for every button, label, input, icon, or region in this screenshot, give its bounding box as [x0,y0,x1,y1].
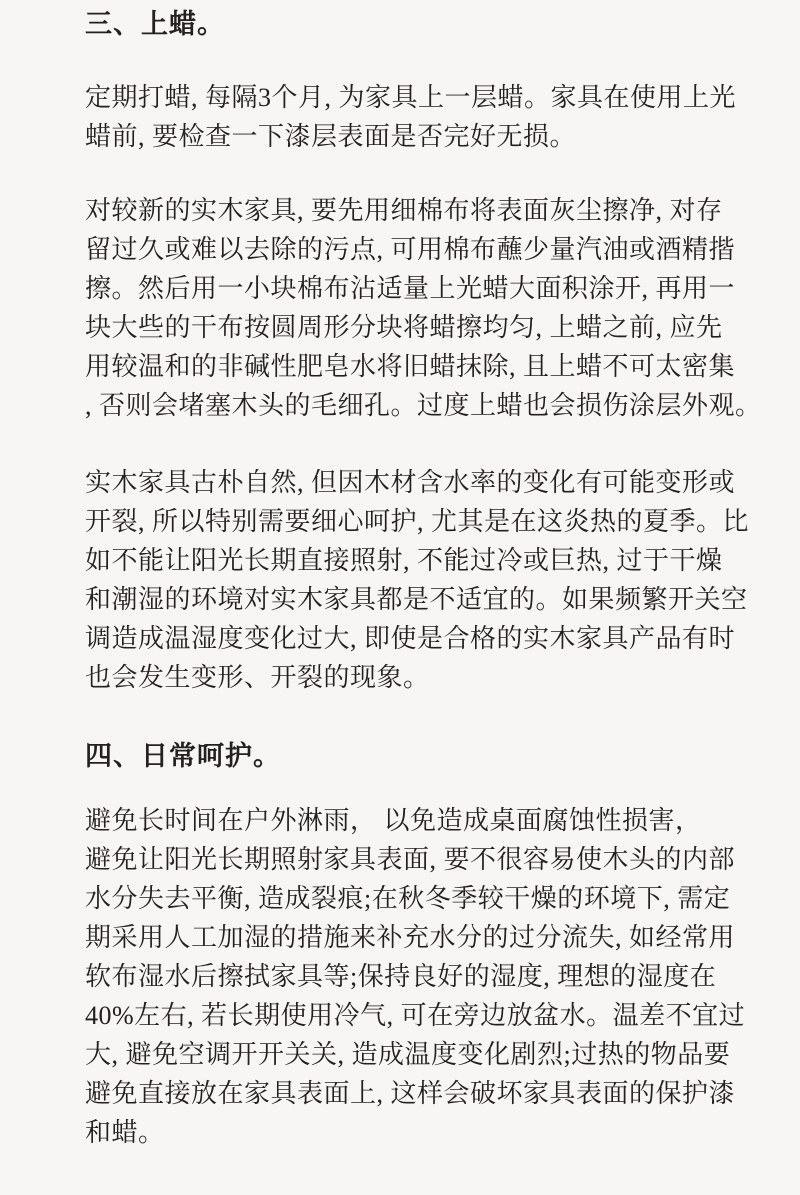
text-line: 留过久或难以去除的污点, 可用棉布蘸少量汽油或酒精揩 [85,230,720,269]
text-line: 大, 避免空调开开关关, 造成温度变化剧烈;过热的物品要 [85,1035,720,1074]
body-paragraph: 实木家具古朴自然, 但因木材含水率的变化有可能变形或开裂, 所以特别需要细心呵护… [85,463,720,697]
text-line: 和蜡。 [85,1113,720,1152]
text-line: 避免直接放在家具表面上, 这样会破坏家具表面的保护漆 [85,1074,720,1113]
text-line: 擦。然后用一小块棉布沾适量上光蜡大面积涂开, 再用一 [85,269,720,308]
body-paragraph: 对较新的实木家具, 要先用细棉布将表面灰尘擦净, 对存留过久或难以去除的污点, … [85,191,720,425]
text-line: 也会发生变形、开裂的现象。 [85,658,720,697]
text-line: 水分失去平衡, 造成裂痕;在秋冬季较干燥的环境下, 需定 [85,879,720,918]
text-line: , 否则会堵塞木头的毛细孔。过度上蜡也会损伤涂层外观。 [85,386,720,425]
section-heading: 四、日常呵护。 [85,736,720,776]
text-line: 期采用人工加湿的措施来补充水分的过分流失, 如经常用 [85,918,720,957]
page: 三、上蜡。定期打蜡, 每隔3个月, 为家具上一层蜡。家具在使用上光蜡前, 要检查… [0,0,800,1195]
text-line: 避免让阳光长期照射家具表面, 要不很容易使木头的内部 [85,840,720,879]
text-line: 避免长时间在户外淋雨， 以免造成桌面腐蚀性损害， [85,801,720,840]
text-line: 块大些的干布按圆周形分块将蜡擦均匀, 上蜡之前, 应先 [85,308,720,347]
body-paragraph: 避免长时间在户外淋雨， 以免造成桌面腐蚀性损害，避免让阳光长期照射家具表面, 要… [85,801,720,1152]
text-line: 如不能让阳光长期直接照射, 不能过冷或巨热, 过于干燥 [85,541,720,580]
text-line: 实木家具古朴自然, 但因木材含水率的变化有可能变形或 [85,463,720,502]
body-paragraph: 定期打蜡, 每隔3个月, 为家具上一层蜡。家具在使用上光蜡前, 要检查一下漆层表… [85,78,720,156]
document-body: 三、上蜡。定期打蜡, 每隔3个月, 为家具上一层蜡。家具在使用上光蜡前, 要检查… [85,0,720,1152]
text-line: 40%左右, 若长期使用冷气, 可在旁边放盆水。温差不宜过 [85,996,720,1035]
text-line: 和潮湿的环境对实木家具都是不适宜的。如果频繁开关空 [85,580,720,619]
text-line: 开裂, 所以特别需要细心呵护, 尤其是在这炎热的夏季。比 [85,502,720,541]
text-line: 对较新的实木家具, 要先用细棉布将表面灰尘擦净, 对存 [85,191,720,230]
text-line: 软布湿水后擦拭家具等;保持良好的湿度, 理想的湿度在 [85,957,720,996]
text-line: 定期打蜡, 每隔3个月, 为家具上一层蜡。家具在使用上光 [85,78,720,117]
section-heading: 三、上蜡。 [85,0,720,44]
text-line: 用较温和的非碱性肥皂水将旧蜡抹除, 且上蜡不可太密集 [85,347,720,386]
text-line: 蜡前, 要检查一下漆层表面是否完好无损。 [85,117,720,156]
text-line: 调造成温湿度变化过大, 即使是合格的实木家具产品有时 [85,619,720,658]
